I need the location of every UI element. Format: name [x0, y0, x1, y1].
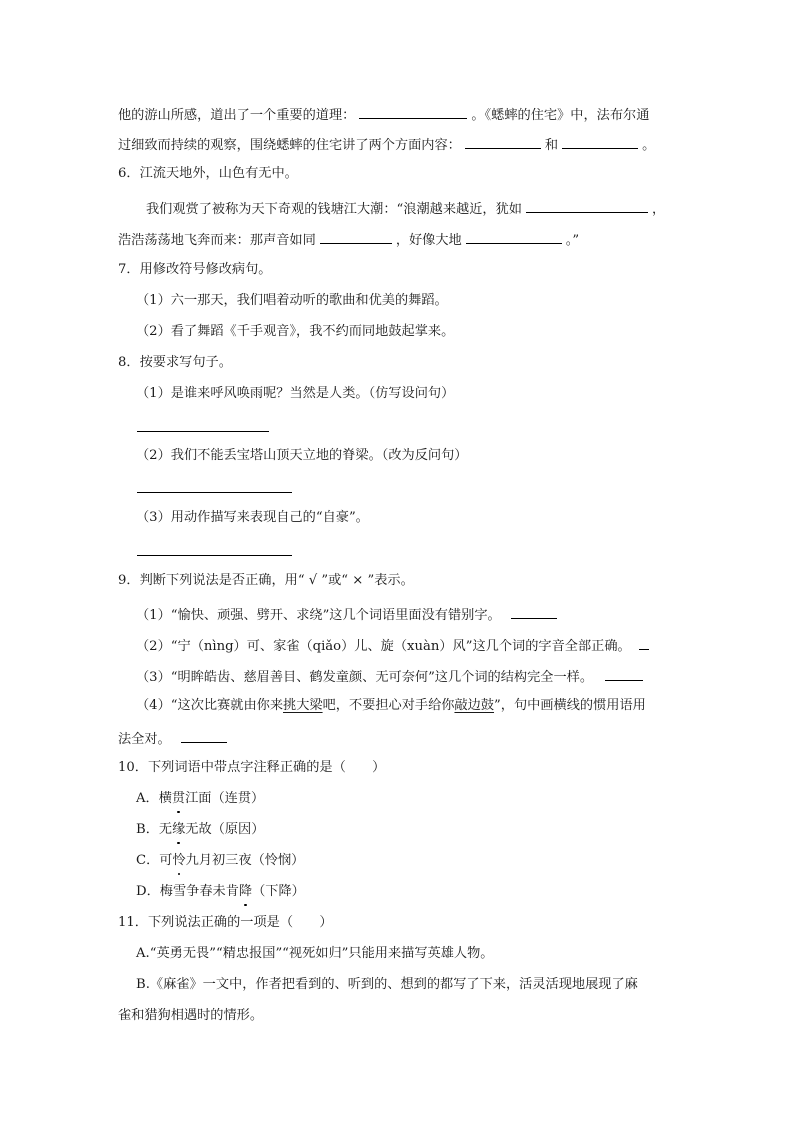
q5-blank-1[interactable] [359, 104, 467, 119]
q5-text: 。《蟋蟀的住宅》中，法布尔通 [471, 108, 649, 123]
q9-text: 法全对。 [118, 732, 171, 747]
q6-text: 我们观赏了被称为天下奇观的钱塘江大潮：“浪潮越来越近，犹如 [146, 202, 522, 217]
q7-item-2: （2）看了舞蹈《千手观音》，我不约而同地鼓起掌来。 [136, 323, 454, 341]
q6-text: 。” [566, 233, 579, 248]
q9-item-4-cont: 法全对。 [118, 728, 231, 749]
q6-line2: 浩浩荡荡地飞奔而来：那声音如同，好像大地。” [118, 229, 579, 250]
q9-text: （2）“宁（nìng）可、家雀（qiǎo）儿、旋（xuàn）风”这几个词的字音全… [136, 639, 631, 654]
q9-blank-2[interactable] [639, 635, 649, 650]
q5-text: 他的游山所感，道出了一个重要的道理： [118, 108, 355, 123]
q7-item-1: （1）六一那天，我们唱着动听的歌曲和优美的舞蹈。 [136, 292, 448, 310]
q9-item-3: （3）“明眸皓齿、慈眉善目、鹤发童颜、无可奈何”这几个词的结构完全一样。 [136, 666, 647, 687]
q5-text: 和 [545, 138, 558, 153]
q11-option-b-cont: 雀和猎狗相遇时的情形。 [118, 1007, 263, 1025]
underlined-idiom-2: 敲边鼓 [454, 698, 494, 713]
q11-option-a[interactable]: A.“英勇无畏”“精忠报国”“视死如归”只能用来描写英雄人物。 [136, 945, 493, 963]
dotted-char: 贯 [172, 790, 185, 808]
q7-title: 7．用修改符号修改病句。 [118, 261, 271, 279]
q6-text: ， [652, 202, 665, 217]
q9-text: （3）“明眸皓齿、慈眉善目、鹤发童颜、无可奈何”这几个词的结构完全一样。 [136, 670, 593, 685]
q8-answer-line-2[interactable] [137, 492, 292, 493]
q6-blank-1[interactable] [526, 198, 648, 213]
option-text: A．横 [136, 791, 172, 806]
dotted-char: 缘 [172, 821, 185, 839]
q6-blank-2[interactable] [320, 229, 392, 244]
q5-text: 过细致而持续的观察，围绕蟋蟀的住宅讲了两个方面内容： [118, 138, 461, 153]
q9-blank-4[interactable] [181, 728, 227, 743]
q9-text: （4）“这次比赛就由你来 [136, 698, 283, 713]
q10-option-b[interactable]: B．无缘无故（原因） [136, 821, 264, 839]
q8-item-1: （1）是谁来呼风唤雨呢？当然是人类。（仿写设问句） [136, 385, 454, 403]
q5-blank-2[interactable] [465, 134, 541, 149]
option-text: C．可 [136, 853, 172, 868]
dotted-char: 怜 [172, 852, 185, 870]
q10-option-d[interactable]: D．梅雪争春未肯降（下降） [136, 883, 305, 901]
q5-line2: 过细致而持续的观察，围绕蟋蟀的住宅讲了两个方面内容：和。 [118, 134, 655, 155]
q9-title: 9．判断下列说法是否正确，用“ √ ”或“ × ”表示。 [118, 572, 414, 590]
q9-text: （1）“愉快、顽强、劈开、求绕”这几个词语里面没有错别字。 [136, 608, 501, 623]
q9-blank-1[interactable] [511, 604, 557, 619]
q9-blank-3[interactable] [605, 666, 643, 681]
q5-blank-3[interactable] [562, 134, 638, 149]
option-text: （下降） [252, 884, 305, 899]
q5-text: 。 [642, 138, 655, 153]
q6-text: ，好像大地 [396, 233, 462, 248]
underlined-idiom-1: 挑大梁 [283, 698, 323, 713]
option-text: D．梅雪争春未肯 [136, 884, 239, 899]
q8-title: 8．按要求写句子。 [118, 354, 232, 372]
option-text: 无故（原因） [185, 822, 264, 837]
dotted-char: 降 [239, 883, 252, 901]
q6-line1: 我们观赏了被称为天下奇观的钱塘江大潮：“浪潮越来越近，犹如， [146, 198, 665, 219]
option-text: B．无 [136, 822, 172, 837]
q8-answer-line-1[interactable] [137, 431, 269, 432]
option-text: 九月初三夜（怜悯） [186, 853, 305, 868]
q6-title: 6．江流天地外，山色有无中。 [118, 165, 298, 183]
q9-item-4: （4）“这次比赛就由你来挑大梁吧，不要担心对手给你敲边鼓”，句中画横线的惯用语用 [136, 697, 646, 715]
q9-text: ”，句中画横线的惯用语用 [494, 698, 646, 713]
q10-title: 10．下列词语中带点字注释正确的是（ ） [118, 759, 385, 777]
q8-item-3: （3）用动作描写来表现自己的“自豪”。 [136, 509, 369, 527]
q11-option-b[interactable]: B.《麻雀》一文中，作者把看到的、听到的、想到的都写了下来，活灵活现地展现了麻 [136, 976, 638, 994]
q9-text: 吧，不要担心对手给你 [323, 698, 455, 713]
q9-item-2: （2）“宁（nìng）可、家雀（qiǎo）儿、旋（xuàn）风”这几个词的字音全… [136, 635, 653, 656]
q8-answer-line-3[interactable] [137, 555, 292, 556]
q8-item-2: （2）我们不能丢宝塔山顶天立地的脊梁。（改为反问句） [136, 447, 467, 465]
q10-option-c[interactable]: C．可怜九月初三夜（怜悯） [136, 852, 304, 870]
q10-option-a[interactable]: A．横贯江面（连贯） [136, 790, 264, 808]
q11-title: 11．下列说法正确的一项是（ ） [118, 914, 333, 932]
q5-line1: 他的游山所感，道出了一个重要的道理：。《蟋蟀的住宅》中，法布尔通 [118, 104, 649, 125]
q6-blank-3[interactable] [466, 229, 562, 244]
q6-text: 浩浩荡荡地飞奔而来：那声音如同 [118, 233, 316, 248]
option-text: 江面（连贯） [185, 791, 264, 806]
q9-item-1: （1）“愉快、顽强、劈开、求绕”这几个词语里面没有错别字。 [136, 604, 561, 625]
